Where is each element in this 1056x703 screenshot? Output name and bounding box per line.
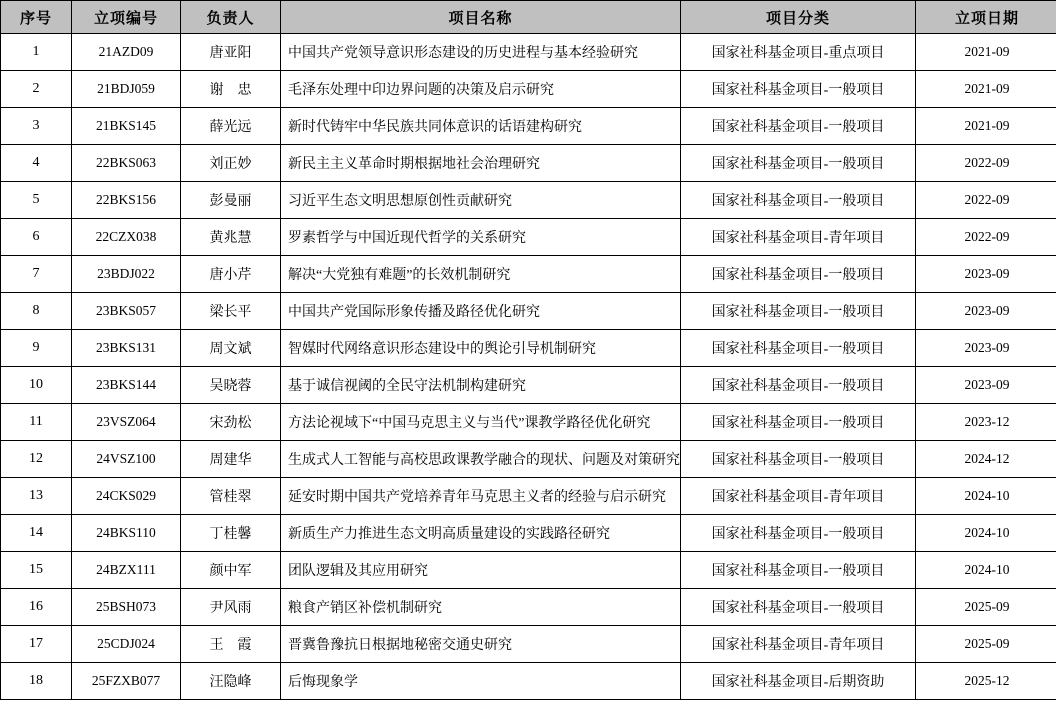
table-row: 422BKS063刘正妙新民主主义革命时期根据地社会治理研究国家社科基金项目-一… xyxy=(1,145,1056,182)
cell-category: 国家社科基金项目-一般项目 xyxy=(681,441,916,478)
cell-leader: 谢 忠 xyxy=(181,71,281,108)
cell-date: 2022-09 xyxy=(916,145,1056,182)
cell-leader: 尹风雨 xyxy=(181,589,281,626)
table-row: 1424BKS110丁桂馨新质生产力推进生态文明高质量建设的实践路径研究国家社科… xyxy=(1,515,1056,552)
table-row: 1224VSZ100周建华生成式人工智能与高校思政课教学融合的现状、问题及对策研… xyxy=(1,441,1056,478)
cell-index: 5 xyxy=(1,182,72,219)
cell-category: 国家社科基金项目-一般项目 xyxy=(681,182,916,219)
cell-leader: 薛光远 xyxy=(181,108,281,145)
column-header-code: 立项编号 xyxy=(72,1,181,34)
cell-category: 国家社科基金项目-青年项目 xyxy=(681,626,916,663)
cell-name: 后悔现象学 xyxy=(281,663,681,700)
cell-leader: 管桂翠 xyxy=(181,478,281,515)
cell-date: 2022-09 xyxy=(916,182,1056,219)
cell-index: 7 xyxy=(1,256,72,293)
cell-leader: 宋劲松 xyxy=(181,404,281,441)
table-row: 823BKS057梁长平中国共产党国际形象传播及路径优化研究国家社科基金项目-一… xyxy=(1,293,1056,330)
cell-code: 23BKS144 xyxy=(72,367,181,404)
cell-name: 中国共产党领导意识形态建设的历史进程与基本经验研究 xyxy=(281,34,681,71)
column-header-date: 立项日期 xyxy=(916,1,1056,34)
table-header: 序号立项编号负责人项目名称项目分类立项日期 xyxy=(1,1,1056,34)
table-row: 1725CDJ024王 霞晋冀鲁豫抗日根据地秘密交通史研究国家社科基金项目-青年… xyxy=(1,626,1056,663)
cell-leader: 周文斌 xyxy=(181,330,281,367)
cell-name: 延安时期中国共产党培养青年马克思主义者的经验与启示研究 xyxy=(281,478,681,515)
cell-category: 国家社科基金项目-青年项目 xyxy=(681,478,916,515)
cell-leader: 梁长平 xyxy=(181,293,281,330)
cell-leader: 丁桂馨 xyxy=(181,515,281,552)
cell-index: 9 xyxy=(1,330,72,367)
cell-name: 中国共产党国际形象传播及路径优化研究 xyxy=(281,293,681,330)
cell-code: 22BKS063 xyxy=(72,145,181,182)
cell-name: 智媒时代网络意识形态建设中的舆论引导机制研究 xyxy=(281,330,681,367)
header-row: 序号立项编号负责人项目名称项目分类立项日期 xyxy=(1,1,1056,34)
cell-code: 25FZXB077 xyxy=(72,663,181,700)
cell-date: 2023-12 xyxy=(916,404,1056,441)
cell-category: 国家社科基金项目-一般项目 xyxy=(681,552,916,589)
cell-name: 晋冀鲁豫抗日根据地秘密交通史研究 xyxy=(281,626,681,663)
cell-date: 2023-09 xyxy=(916,330,1056,367)
cell-name: 粮食产销区补偿机制研究 xyxy=(281,589,681,626)
cell-code: 21BKS145 xyxy=(72,108,181,145)
cell-name: 基于诚信视阈的全民守法机制构建研究 xyxy=(281,367,681,404)
cell-index: 13 xyxy=(1,478,72,515)
cell-code: 25CDJ024 xyxy=(72,626,181,663)
cell-date: 2025-12 xyxy=(916,663,1056,700)
cell-date: 2021-09 xyxy=(916,34,1056,71)
cell-category: 国家社科基金项目-一般项目 xyxy=(681,145,916,182)
cell-index: 15 xyxy=(1,552,72,589)
cell-code: 24CKS029 xyxy=(72,478,181,515)
cell-index: 2 xyxy=(1,71,72,108)
cell-name: 习近平生态文明思想原创性贡献研究 xyxy=(281,182,681,219)
cell-leader: 汪隐峰 xyxy=(181,663,281,700)
cell-code: 23BDJ022 xyxy=(72,256,181,293)
table-row: 1524BZX111颜中军团队逻辑及其应用研究国家社科基金项目-一般项目2024… xyxy=(1,552,1056,589)
cell-leader: 刘正妙 xyxy=(181,145,281,182)
cell-code: 21BDJ059 xyxy=(72,71,181,108)
cell-leader: 颜中军 xyxy=(181,552,281,589)
cell-index: 11 xyxy=(1,404,72,441)
cell-category: 国家社科基金项目-青年项目 xyxy=(681,219,916,256)
cell-code: 22BKS156 xyxy=(72,182,181,219)
cell-code: 23VSZ064 xyxy=(72,404,181,441)
cell-index: 1 xyxy=(1,34,72,71)
cell-date: 2025-09 xyxy=(916,589,1056,626)
cell-category: 国家社科基金项目-一般项目 xyxy=(681,330,916,367)
table-row: 121AZD09唐亚阳中国共产党领导意识形态建设的历史进程与基本经验研究国家社科… xyxy=(1,34,1056,71)
cell-date: 2021-09 xyxy=(916,108,1056,145)
cell-leader: 吴晓蓉 xyxy=(181,367,281,404)
cell-leader: 王 霞 xyxy=(181,626,281,663)
cell-code: 23BKS057 xyxy=(72,293,181,330)
cell-index: 6 xyxy=(1,219,72,256)
cell-leader: 黄兆慧 xyxy=(181,219,281,256)
column-header-category: 项目分类 xyxy=(681,1,916,34)
cell-name: 解决“大党独有难题”的长效机制研究 xyxy=(281,256,681,293)
cell-date: 2025-09 xyxy=(916,626,1056,663)
cell-code: 22CZX038 xyxy=(72,219,181,256)
table-row: 1324CKS029管桂翠延安时期中国共产党培养青年马克思主义者的经验与启示研究… xyxy=(1,478,1056,515)
cell-date: 2024-10 xyxy=(916,478,1056,515)
cell-index: 4 xyxy=(1,145,72,182)
cell-date: 2021-09 xyxy=(916,71,1056,108)
cell-date: 2023-09 xyxy=(916,293,1056,330)
cell-name: 罗素哲学与中国近现代哲学的关系研究 xyxy=(281,219,681,256)
column-header-name: 项目名称 xyxy=(281,1,681,34)
cell-name: 生成式人工智能与高校思政课教学融合的现状、问题及对策研究 xyxy=(281,441,681,478)
cell-category: 国家社科基金项目-一般项目 xyxy=(681,71,916,108)
projects-table: 序号立项编号负责人项目名称项目分类立项日期 121AZD09唐亚阳中国共产党领导… xyxy=(0,0,1056,700)
cell-date: 2022-09 xyxy=(916,219,1056,256)
cell-name: 新质生产力推进生态文明高质量建设的实践路径研究 xyxy=(281,515,681,552)
cell-date: 2023-09 xyxy=(916,256,1056,293)
cell-category: 国家社科基金项目-一般项目 xyxy=(681,404,916,441)
cell-name: 团队逻辑及其应用研究 xyxy=(281,552,681,589)
cell-index: 16 xyxy=(1,589,72,626)
column-header-index: 序号 xyxy=(1,1,72,34)
table-row: 321BKS145薛光远新时代铸牢中华民族共同体意识的话语建构研究国家社科基金项… xyxy=(1,108,1056,145)
cell-leader: 周建华 xyxy=(181,441,281,478)
cell-code: 24VSZ100 xyxy=(72,441,181,478)
table-row: 1625BSH073尹风雨粮食产销区补偿机制研究国家社科基金项目-一般项目202… xyxy=(1,589,1056,626)
table-body: 121AZD09唐亚阳中国共产党领导意识形态建设的历史进程与基本经验研究国家社科… xyxy=(1,34,1056,700)
cell-date: 2024-10 xyxy=(916,515,1056,552)
cell-index: 10 xyxy=(1,367,72,404)
cell-index: 17 xyxy=(1,626,72,663)
cell-leader: 唐亚阳 xyxy=(181,34,281,71)
cell-category: 国家社科基金项目-一般项目 xyxy=(681,589,916,626)
cell-code: 21AZD09 xyxy=(72,34,181,71)
table-row: 522BKS156彭曼丽习近平生态文明思想原创性贡献研究国家社科基金项目-一般项… xyxy=(1,182,1056,219)
cell-leader: 唐小芹 xyxy=(181,256,281,293)
cell-leader: 彭曼丽 xyxy=(181,182,281,219)
cell-category: 国家社科基金项目-重点项目 xyxy=(681,34,916,71)
table-row: 923BKS131周文斌智媒时代网络意识形态建设中的舆论引导机制研究国家社科基金… xyxy=(1,330,1056,367)
cell-category: 国家社科基金项目-一般项目 xyxy=(681,293,916,330)
cell-code: 23BKS131 xyxy=(72,330,181,367)
cell-index: 12 xyxy=(1,441,72,478)
table-row: 1123VSZ064宋劲松方法论视域下“中国马克思主义与当代”课教学路径优化研究… xyxy=(1,404,1056,441)
cell-code: 24BKS110 xyxy=(72,515,181,552)
cell-code: 24BZX111 xyxy=(72,552,181,589)
cell-category: 国家社科基金项目-一般项目 xyxy=(681,367,916,404)
table-row: 221BDJ059谢 忠毛泽东处理中印边界问题的决策及启示研究国家社科基金项目-… xyxy=(1,71,1056,108)
cell-name: 新时代铸牢中华民族共同体意识的话语建构研究 xyxy=(281,108,681,145)
cell-index: 8 xyxy=(1,293,72,330)
table-row: 723BDJ022唐小芹解决“大党独有难题”的长效机制研究国家社科基金项目-一般… xyxy=(1,256,1056,293)
cell-name: 新民主主义革命时期根据地社会治理研究 xyxy=(281,145,681,182)
cell-index: 14 xyxy=(1,515,72,552)
table-row: 1825FZXB077汪隐峰后悔现象学国家社科基金项目-后期资助2025-12 xyxy=(1,663,1056,700)
cell-category: 国家社科基金项目-后期资助 xyxy=(681,663,916,700)
cell-name: 毛泽东处理中印边界问题的决策及启示研究 xyxy=(281,71,681,108)
cell-category: 国家社科基金项目-一般项目 xyxy=(681,256,916,293)
cell-index: 18 xyxy=(1,663,72,700)
cell-code: 25BSH073 xyxy=(72,589,181,626)
cell-date: 2024-12 xyxy=(916,441,1056,478)
cell-date: 2024-10 xyxy=(916,552,1056,589)
table-row: 1023BKS144吴晓蓉基于诚信视阈的全民守法机制构建研究国家社科基金项目-一… xyxy=(1,367,1056,404)
cell-name: 方法论视域下“中国马克思主义与当代”课教学路径优化研究 xyxy=(281,404,681,441)
column-header-leader: 负责人 xyxy=(181,1,281,34)
cell-index: 3 xyxy=(1,108,72,145)
cell-category: 国家社科基金项目-一般项目 xyxy=(681,515,916,552)
table-row: 622CZX038黄兆慧罗素哲学与中国近现代哲学的关系研究国家社科基金项目-青年… xyxy=(1,219,1056,256)
cell-date: 2023-09 xyxy=(916,367,1056,404)
cell-category: 国家社科基金项目-一般项目 xyxy=(681,108,916,145)
